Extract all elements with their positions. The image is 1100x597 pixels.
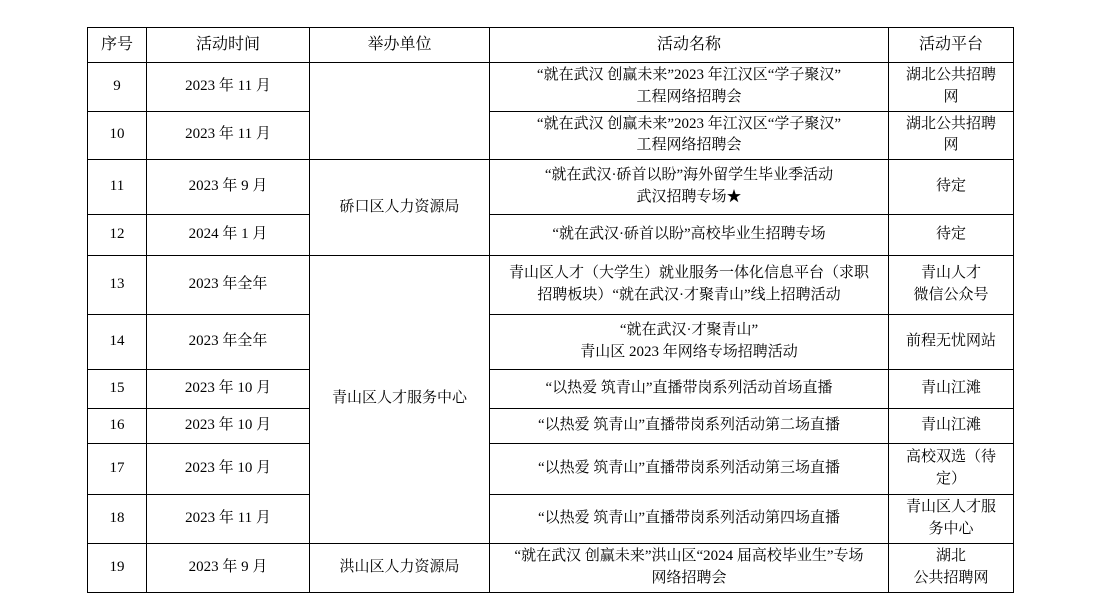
platform-cell: 青山江滩 <box>889 370 1014 409</box>
table-row: 10 2023 年 11 月 “就在武汉 创赢未来”2023 年江汉区“学子聚汉… <box>88 111 1014 160</box>
table-row: 15 2023 年 10 月 “以热爱 筑青山”直播带岗系列活动首场直播 青山江… <box>88 370 1014 409</box>
time-cell: 2023 年 10 月 <box>147 444 310 495</box>
column-header-name: 活动名称 <box>490 28 889 63</box>
platform-cell: 青山江滩 <box>889 409 1014 444</box>
name-cell: “就在武汉 创赢未来”洪山区“2024 届高校毕业生”专场 网络招聘会 <box>490 543 889 592</box>
row-no-cell: 10 <box>88 111 147 160</box>
document-page: 序号 活动时间 举办单位 活动名称 活动平台 9 2023 年 11 月 “就在… <box>0 0 1100 597</box>
header-row: 序号 活动时间 举办单位 活动名称 活动平台 <box>88 28 1014 63</box>
table-row: 17 2023 年 10 月 “以热爱 筑青山”直播带岗系列活动第三场直播 高校… <box>88 444 1014 495</box>
row-no-cell: 16 <box>88 409 147 444</box>
table-row: 12 2024 年 1 月 “就在武汉·硚首以盼”高校毕业生招聘专场 待定 <box>88 215 1014 256</box>
row-no-cell: 19 <box>88 543 147 592</box>
time-cell: 2024 年 1 月 <box>147 215 310 256</box>
name-cell: “就在武汉 创赢未来”2023 年江汉区“学子聚汉” 工程网络招聘会 <box>490 63 889 112</box>
row-no-cell: 11 <box>88 160 147 215</box>
table-row: 19 2023 年 9 月 洪山区人力资源局 “就在武汉 创赢未来”洪山区“20… <box>88 543 1014 592</box>
name-cell: “以热爱 筑青山”直播带岗系列活动第三场直播 <box>490 444 889 495</box>
row-no-cell: 18 <box>88 495 147 544</box>
time-cell: 2023 年全年 <box>147 256 310 315</box>
table-row: 14 2023 年全年 “就在武汉·才聚青山” 青山区 2023 年网络专场招聘… <box>88 315 1014 370</box>
platform-cell: 待定 <box>889 160 1014 215</box>
name-cell: “以热爱 筑青山”直播带岗系列活动首场直播 <box>490 370 889 409</box>
row-no-cell: 12 <box>88 215 147 256</box>
time-cell: 2023 年 11 月 <box>147 111 310 160</box>
time-cell: 2023 年全年 <box>147 315 310 370</box>
time-cell: 2023 年 11 月 <box>147 63 310 112</box>
time-cell: 2023 年 11 月 <box>147 495 310 544</box>
row-no-cell: 15 <box>88 370 147 409</box>
table-row: 9 2023 年 11 月 “就在武汉 创赢未来”2023 年江汉区“学子聚汉”… <box>88 63 1014 112</box>
column-header-platform: 活动平台 <box>889 28 1014 63</box>
activities-table-container: 序号 活动时间 举办单位 活动名称 活动平台 9 2023 年 11 月 “就在… <box>87 27 1014 593</box>
row-no-cell: 13 <box>88 256 147 315</box>
time-cell: 2023 年 10 月 <box>147 370 310 409</box>
column-header-org: 举办单位 <box>310 28 490 63</box>
table-row: 11 2023 年 9 月 硚口区人力资源局 “就在武汉·硚首以盼”海外留学生毕… <box>88 160 1014 215</box>
time-cell: 2023 年 10 月 <box>147 409 310 444</box>
table-row: 13 2023 年全年 青山区人才服务中心 青山区人才（大学生）就业服务一体化信… <box>88 256 1014 315</box>
platform-cell: 高校双选（待定） <box>889 444 1014 495</box>
name-cell: “就在武汉 创赢未来”2023 年江汉区“学子聚汉” 工程网络招聘会 <box>490 111 889 160</box>
column-header-no: 序号 <box>88 28 147 63</box>
platform-cell: 青山人才 微信公众号 <box>889 256 1014 315</box>
org-cell: 青山区人才服务中心 <box>310 256 490 544</box>
platform-cell: 湖北公共招聘网 <box>889 111 1014 160</box>
row-no-cell: 17 <box>88 444 147 495</box>
name-cell: “就在武汉·硚首以盼”海外留学生毕业季活动 武汉招聘专场★ <box>490 160 889 215</box>
row-no-cell: 14 <box>88 315 147 370</box>
platform-cell: 青山区人才服务中心 <box>889 495 1014 544</box>
platform-cell: 前程无忧网站 <box>889 315 1014 370</box>
name-cell: “就在武汉·硚首以盼”高校毕业生招聘专场 <box>490 215 889 256</box>
column-header-time: 活动时间 <box>147 28 310 63</box>
time-cell: 2023 年 9 月 <box>147 543 310 592</box>
table-row: 16 2023 年 10 月 “以热爱 筑青山”直播带岗系列活动第二场直播 青山… <box>88 409 1014 444</box>
name-cell: “以热爱 筑青山”直播带岗系列活动第二场直播 <box>490 409 889 444</box>
name-cell: 青山区人才（大学生）就业服务一体化信息平台（求职 招聘板块）“就在武汉·才聚青山… <box>490 256 889 315</box>
table-row: 18 2023 年 11 月 “以热爱 筑青山”直播带岗系列活动第四场直播 青山… <box>88 495 1014 544</box>
platform-cell: 湖北 公共招聘网 <box>889 543 1014 592</box>
org-cell <box>310 63 490 160</box>
platform-cell: 湖北公共招聘网 <box>889 63 1014 112</box>
org-cell: 硚口区人力资源局 <box>310 160 490 256</box>
row-no-cell: 9 <box>88 63 147 112</box>
name-cell: “就在武汉·才聚青山” 青山区 2023 年网络专场招聘活动 <box>490 315 889 370</box>
activities-table: 序号 活动时间 举办单位 活动名称 活动平台 9 2023 年 11 月 “就在… <box>87 27 1014 593</box>
platform-cell: 待定 <box>889 215 1014 256</box>
org-cell: 洪山区人力资源局 <box>310 543 490 592</box>
name-cell: “以热爱 筑青山”直播带岗系列活动第四场直播 <box>490 495 889 544</box>
time-cell: 2023 年 9 月 <box>147 160 310 215</box>
